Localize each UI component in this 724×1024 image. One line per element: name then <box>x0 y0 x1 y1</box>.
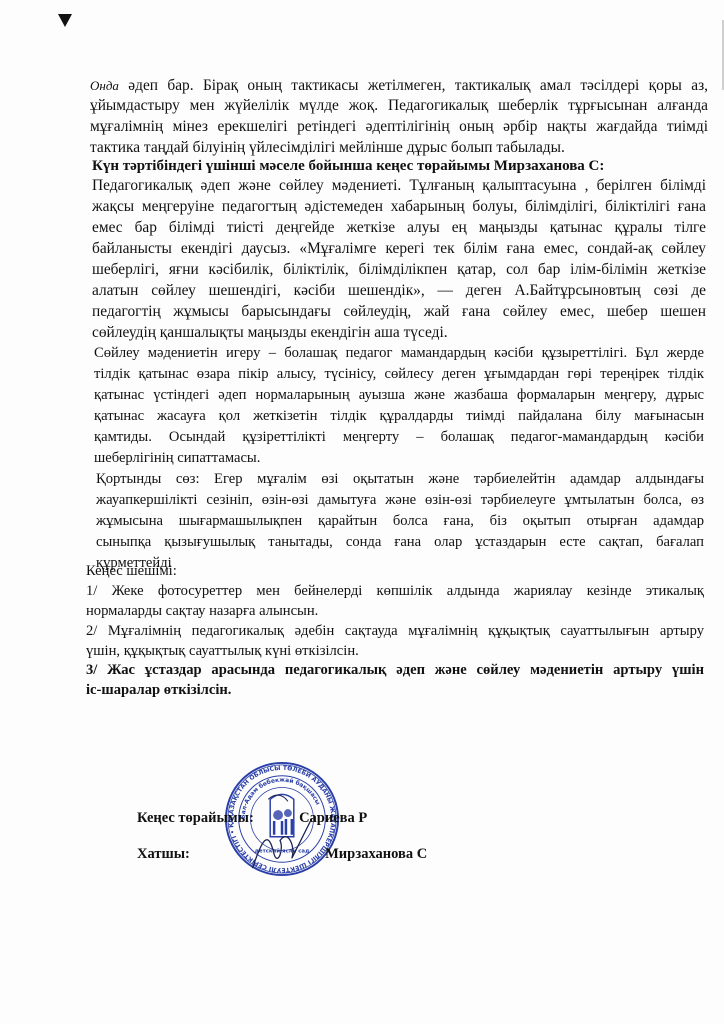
paragraph3-line: қатынас үстіндегі әдеп нормаларының ауыз… <box>94 386 704 404</box>
paragraph2-line: байланысты екендігі даусыз. «Мұғалімге к… <box>92 240 706 258</box>
paragraph2-line: жақсы меңгеруіне педагогтың әдістемеден … <box>92 198 706 216</box>
paragraph3-line: тілдік қатынас өзара пікір алысу, түсіні… <box>94 365 704 383</box>
paragraph2-line: Педагогикалық әдеп және сөйлеу мәдениеті… <box>92 177 706 195</box>
paragraph2-line: шеберлігі, яғни кәсібилік, біліктілік, б… <box>92 261 706 279</box>
decision-item-3-line: 3/ Жас ұстаздар арасында педагогикалық ә… <box>86 661 704 679</box>
decision-item-1-line: нормаларды сақтау назарға алынсын. <box>86 602 318 620</box>
decision-item-1-line: 1/ Жеке фотосуреттер мен бейнелерді көпш… <box>86 582 704 600</box>
triangle-marker-icon <box>58 14 72 27</box>
paragraph3-line: қамтиды. Осындай құзіреттілікті меңгерту… <box>94 428 704 446</box>
secretary-label: Хатшы: <box>137 846 190 862</box>
paragraph2-line: сөйлеудің қаншалықты маңызды екендігін а… <box>92 324 448 342</box>
conclusion-line: сыныпқа қызығушылық танытады, сонда ғана… <box>96 533 704 551</box>
paragraph3-line: Сөйлеу мәдениетін игеру – болашақ педаго… <box>94 344 704 362</box>
conclusion-line: жауапкершілікті сезініп, өзін-өзі дамыту… <box>96 491 704 509</box>
decision-heading: Кеңес шешімі: <box>86 562 177 580</box>
decision-item-2-line: үшін, құқықтық сауаттылық күні өткізілсі… <box>86 642 359 660</box>
paragraph1-line: тактика таңдай білуінің үйлесімділігі ме… <box>90 139 565 157</box>
paragraph3-line: шеберлігінің сипаттамасы. <box>94 449 260 467</box>
document-page: Онда әдеп бар. Бірақ оның тактикасы жеті… <box>0 0 724 1024</box>
chair-signature-line: Кеңес төрайымы: Сариева Р <box>137 810 367 827</box>
paragraph3-line: қатынас жасауға қол жеткізетін тілдік құ… <box>94 407 704 425</box>
secretary-signature-line: Хатшы: Мирзаханова С <box>137 846 427 863</box>
paragraph2-line: емес бар білімді тиісті деңгейде жеткізе… <box>92 219 706 237</box>
paragraph2-line: алатын сөйлеу шешендігі, кәсіби шешендік… <box>92 282 706 300</box>
secretary-name: Мирзаханова С <box>325 846 427 862</box>
paragraph2-line: педагогтің жұмысы барысындағы сөйлеудің,… <box>92 303 706 321</box>
decision-item-3-line: іс-шаралар өткізілсін. <box>86 681 231 699</box>
paragraph1-line: Онда әдеп бар. Бірақ оның тактикасы жеті… <box>90 77 708 95</box>
chair-name: Сариева Р <box>299 810 367 826</box>
italic-prefix: Онда <box>90 78 119 93</box>
conclusion-line: Қортынды сөз: Егер мұғалім өзі оқытатын … <box>96 470 704 488</box>
paragraph1-line: ұйымдастыру мен жүйелілік мүлде жоқ. Пед… <box>90 97 708 115</box>
agenda-heading: Күн тәртібіндегі үшінші мәселе бойынша к… <box>92 157 604 175</box>
conclusion-line: жұмысына шығармашылықпен қарайтын болса … <box>96 512 704 530</box>
paragraph1-line: мұғалімнің мінез ерекшелігі ретіндегі әд… <box>90 118 708 136</box>
chair-label: Кеңес төрайымы: <box>137 810 254 826</box>
decision-item-2-line: 2/ Мұғалімнің педагогикалық әдебін сақта… <box>86 622 704 640</box>
